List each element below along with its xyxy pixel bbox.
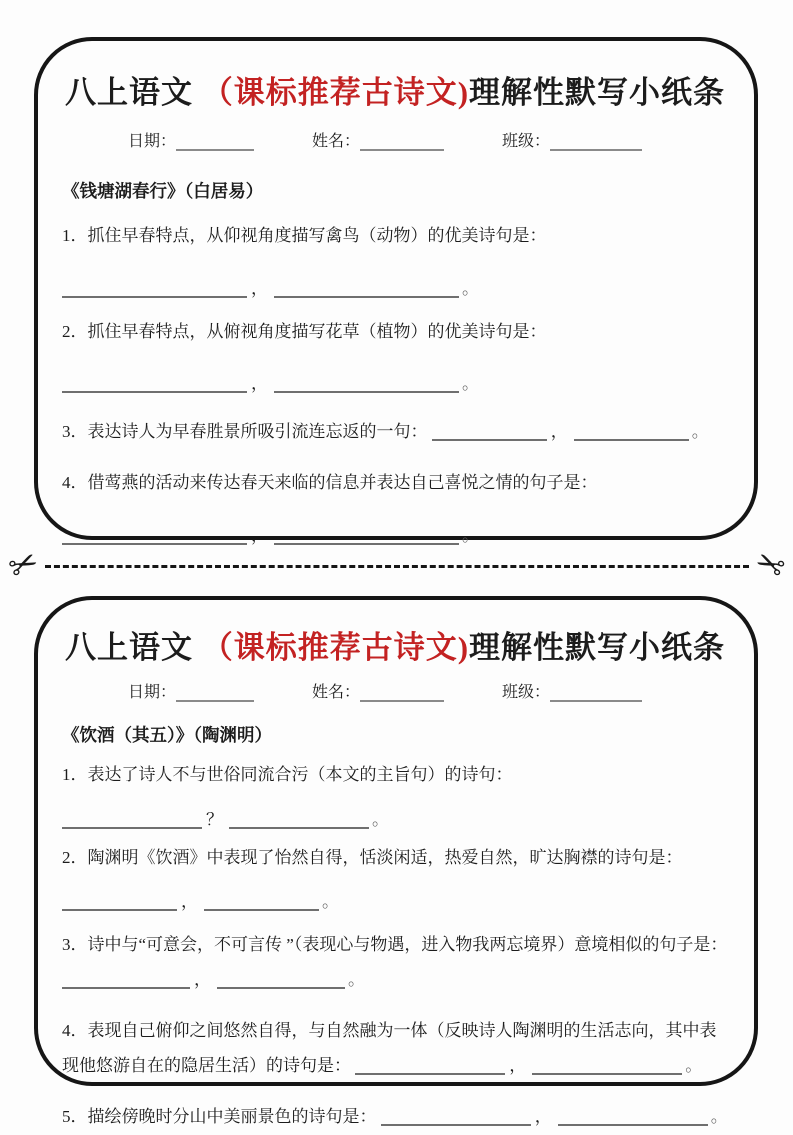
question-text: 2．陶渊明《饮酒》中表现了怡然自得，恬淡闲适，热爱自然，旷达胸襟的诗句是： (62, 846, 728, 871)
question-text: 1．抓住早春特点，从仰视角度描写禽鸟（动物）的优美诗句是： (62, 224, 728, 249)
period-mark: 。 (459, 279, 479, 298)
comma-separator: ， (531, 1107, 558, 1126)
title-red-part: （课标推荐古诗文) (202, 630, 469, 665)
comma-separator: ， (547, 422, 574, 441)
scissors-icon: ✂ (4, 545, 44, 588)
slip-title: 八上语文 （课标推荐古诗文)理解性默写小纸条 (62, 622, 728, 667)
question-3: 3．表达诗人为早春胜景所吸引流连忘返的一句： ，。 (62, 415, 728, 450)
answer-blank (204, 894, 319, 911)
name-blank-line (360, 686, 444, 702)
poem-title: 《钱塘湖春行》（白居易） (62, 178, 728, 203)
answer-line: ，。 (62, 274, 728, 299)
comma-separator: ， (247, 279, 274, 298)
period-mark: 。 (689, 422, 709, 441)
title-red-part: （课标推荐古诗文) (202, 75, 469, 110)
answer-blank (432, 424, 547, 441)
question-text: 3．诗中与“可意会，不可言传 ”（表现心与物遇，进入物我两忘境界）意境相似的句子… (62, 935, 727, 954)
class-label: 班级： (502, 128, 550, 151)
answer-blank (274, 376, 459, 393)
name-blank-line (360, 135, 444, 151)
question-2: 2．陶渊明《饮酒》中表现了怡然自得，恬淡闲适，热爱自然，旷达胸襟的诗句是： ，。 (62, 846, 728, 913)
title-part1: 八上语文 (65, 75, 193, 110)
answer-line: ，。 (62, 521, 728, 546)
name-label: 姓名： (312, 679, 360, 702)
class-label: 班级： (502, 679, 550, 702)
quiz-slip-2: 八上语文 （课标推荐古诗文)理解性默写小纸条 日期： 姓名： 班级： 《饮酒（其… (34, 596, 758, 1086)
answer-blank (62, 812, 202, 829)
title-part2: 理解性默写小纸条 (469, 630, 725, 665)
answer-blank (62, 894, 177, 911)
date-field: 日期： (128, 128, 254, 151)
answer-blank (274, 281, 459, 298)
answer-blank (274, 528, 459, 545)
quiz-slip-1: 八上语文 （课标推荐古诗文)理解性默写小纸条 日期： 姓名： 班级： 《钱塘湖春… (34, 37, 758, 540)
question-text: 5．描绘傍晚时分山中美丽景色的诗句是： (62, 1107, 377, 1126)
comma-separator: ， (247, 526, 274, 545)
period-mark: 。 (345, 970, 365, 989)
comma-separator: ， (190, 970, 217, 989)
name-label: 姓名： (312, 128, 360, 151)
question-3: 3．诗中与“可意会，不可言传 ”（表现心与物遇，进入物我两忘境界）意境相似的句子… (62, 928, 728, 998)
answer-line: ，。 (62, 887, 728, 912)
question-1: 1．抓住早春特点，从仰视角度描写禽鸟（动物）的优美诗句是： ，。 (62, 224, 728, 299)
question-text: 2．抓住早春特点，从俯视角度描写花草（植物）的优美诗句是： (62, 320, 728, 345)
question-1: 1．表达了诗人不与世俗同流合污（本文的主旨句）的诗句： ？。 (62, 763, 728, 830)
question-text: 3．表达诗人为早春胜景所吸引流连忘返的一句： (62, 422, 428, 441)
answer-blank (217, 972, 345, 989)
header-fields: 日期： 姓名： 班级： (128, 679, 728, 702)
class-blank-line (550, 135, 642, 151)
question-5: 5．描绘傍晚时分山中美丽景色的诗句是： ，。 (62, 1100, 728, 1135)
date-label: 日期： (128, 128, 176, 151)
poem-title: 《饮酒（其五）》（陶渊明） (62, 722, 728, 747)
comma-separator: ， (177, 892, 204, 911)
date-label: 日期： (128, 679, 176, 702)
scissors-icon: ✂ (749, 545, 789, 588)
comma-separator: ， (505, 1056, 532, 1075)
name-field: 姓名： (312, 679, 444, 702)
answer-blank (558, 1109, 708, 1126)
period-mark: 。 (459, 526, 479, 545)
question-mark-separator: ？ (202, 810, 229, 829)
answer-blank (62, 376, 247, 393)
date-blank-line (176, 686, 254, 702)
comma-separator: ， (247, 374, 274, 393)
answer-blank (574, 424, 689, 441)
dashed-cut-line (45, 565, 749, 568)
question-2: 2．抓住早春特点，从俯视角度描写花草（植物）的优美诗句是： ，。 (62, 320, 728, 395)
question-4: 4．表现自己俯仰之间悠然自得，与自然融为一体（反映诗人陶渊明的生活志向，其中表现… (62, 1014, 728, 1084)
period-mark: 。 (369, 810, 389, 829)
answer-line: ，。 (62, 369, 728, 394)
answer-blank (62, 528, 247, 545)
question-4: 4．借莺燕的活动来传达春天来临的信息并表达自己喜悦之情的句子是： ，。 (62, 471, 728, 546)
date-field: 日期： (128, 679, 254, 702)
title-part1: 八上语文 (65, 630, 193, 665)
answer-blank (355, 1058, 505, 1075)
name-field: 姓名： (312, 128, 444, 151)
period-mark: 。 (459, 374, 479, 393)
class-field: 班级： (502, 128, 642, 151)
header-fields: 日期： 姓名： 班级： (128, 128, 728, 151)
answer-blank (532, 1058, 682, 1075)
cut-separator: ✂ ✂ (0, 545, 793, 587)
answer-blank (62, 972, 190, 989)
question-text: 4．借莺燕的活动来传达春天来临的信息并表达自己喜悦之情的句子是： (62, 471, 728, 496)
title-part2: 理解性默写小纸条 (469, 75, 725, 110)
answer-line: ？。 (62, 805, 728, 830)
period-mark: 。 (319, 892, 339, 911)
answer-blank (229, 812, 369, 829)
period-mark: 。 (708, 1107, 728, 1126)
class-field: 班级： (502, 679, 642, 702)
answer-blank (62, 281, 247, 298)
class-blank-line (550, 686, 642, 702)
date-blank-line (176, 135, 254, 151)
slip-title: 八上语文 （课标推荐古诗文)理解性默写小纸条 (62, 67, 728, 112)
period-mark: 。 (682, 1056, 702, 1075)
question-text: 1．表达了诗人不与世俗同流合污（本文的主旨句）的诗句： (62, 763, 728, 788)
answer-blank (381, 1109, 531, 1126)
